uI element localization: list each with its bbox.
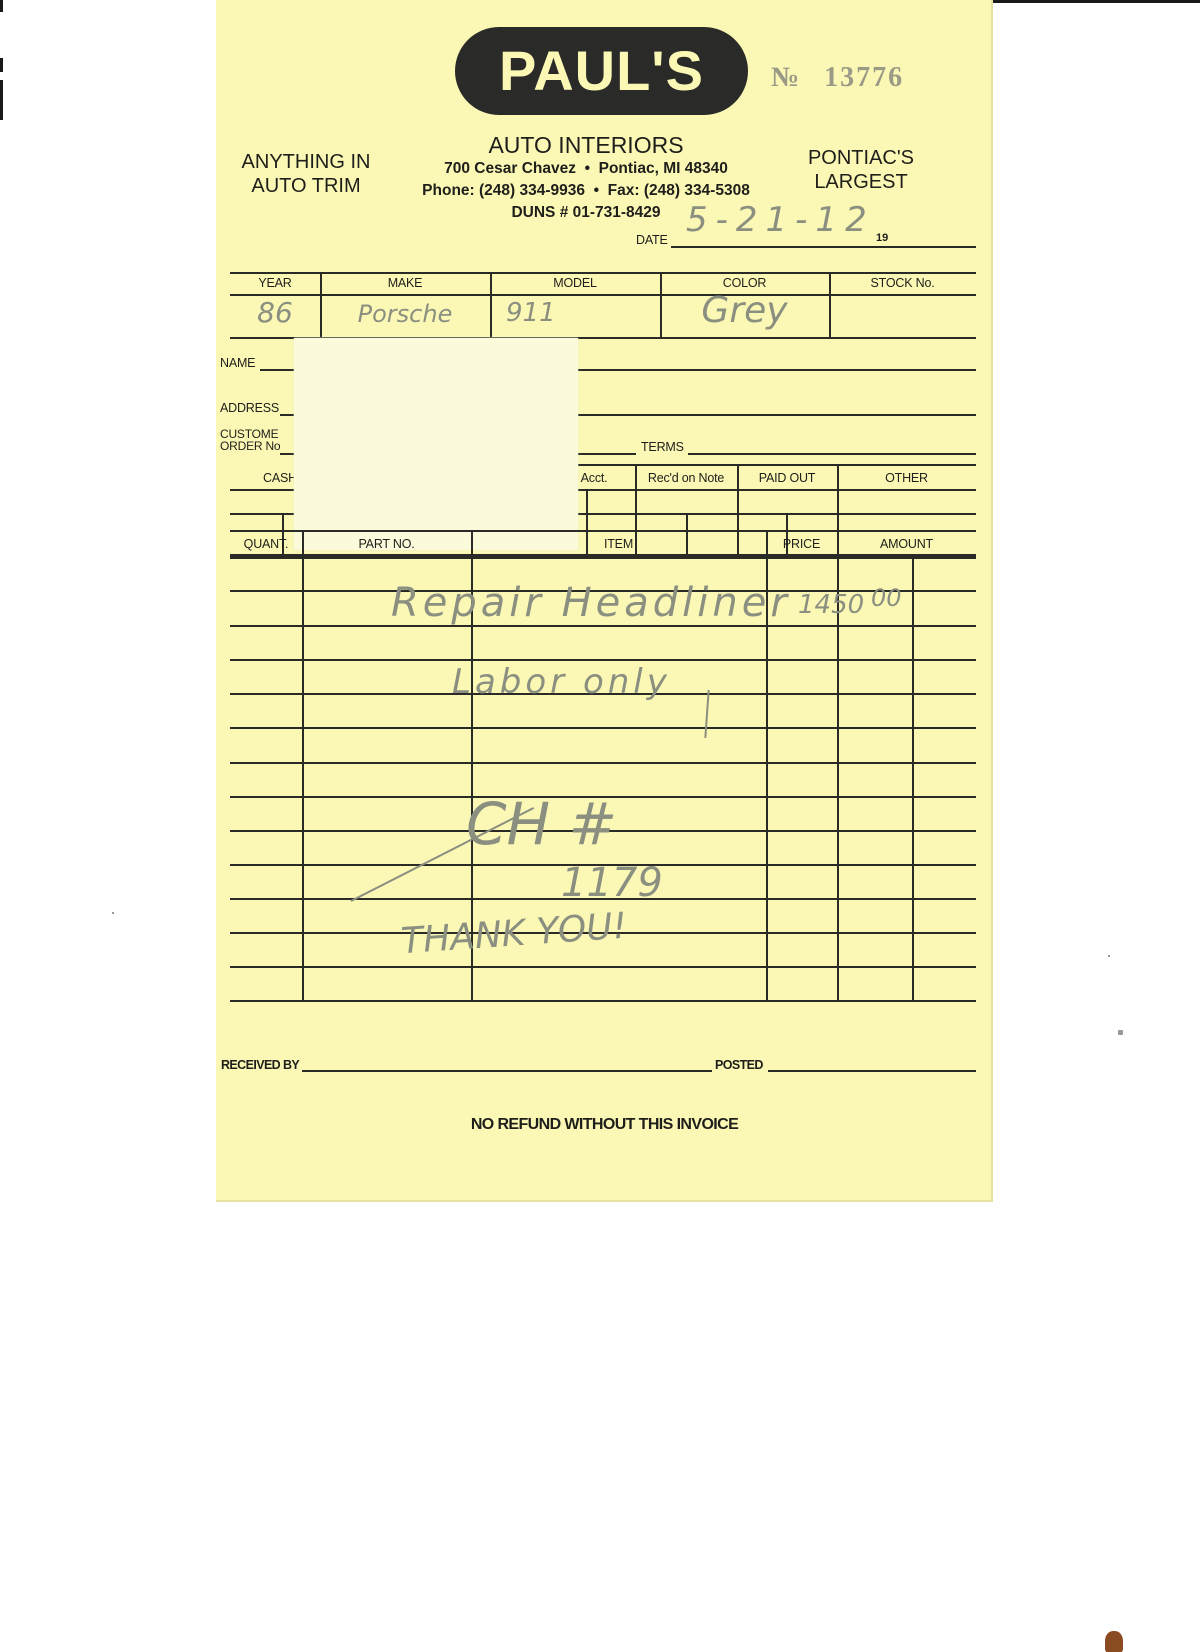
vehicle-year-value[interactable]: 86 <box>230 296 320 329</box>
received-by-label: RECEIVED BY <box>221 1058 299 1072</box>
business-type: AUTO INTERIORS <box>386 132 786 158</box>
items-table-bottom <box>230 1000 976 1002</box>
company-phone-fax: Phone: (248) 334-9936 • Fax: (248) 334-5… <box>386 180 786 202</box>
items-row-line <box>230 727 976 729</box>
redacted-customer-info <box>294 338 578 550</box>
date-year-line <box>892 246 976 248</box>
tagline-right-line2: LARGEST <box>791 170 931 194</box>
items-row-line <box>230 966 976 968</box>
vehicle-make-value[interactable]: Porsche <box>320 300 490 328</box>
vehicle-table-top <box>230 272 976 274</box>
refund-notice: NO REFUND WITHOUT THIS INVOICE <box>216 1116 993 1134</box>
speck <box>1108 955 1110 957</box>
item-row-1-amount-cents[interactable]: 00 <box>871 584 902 612</box>
tagline-left: ANYTHING IN AUTO TRIM <box>236 150 376 198</box>
col-amount: AMOUNT <box>837 537 976 551</box>
scan-edge-mark <box>0 0 3 12</box>
invoice-slip: PAUL'S № 13776 ANYTHING IN AUTO TRIM AUT… <box>216 0 993 1202</box>
date-label: DATE <box>636 233 668 247</box>
speck <box>112 912 114 914</box>
items-row-line <box>230 659 976 661</box>
posted-field[interactable] <box>768 1070 976 1072</box>
invoice-number: № 13776 <box>771 62 904 94</box>
check-number[interactable]: 1179 <box>561 860 663 906</box>
col-part-no: PART NO. <box>302 537 471 551</box>
vehicle-stock-value[interactable] <box>829 296 976 336</box>
col-price: PRICE <box>766 537 837 551</box>
vehicle-model-value[interactable]: 911 <box>506 298 656 328</box>
item-row-1-description[interactable]: Repair Headliner <box>391 580 791 626</box>
pencil-arrow <box>704 690 709 738</box>
serial-number: 13776 <box>824 62 904 93</box>
date-line <box>671 246 925 248</box>
customer-order-label: CUSTOME ORDER No <box>220 428 280 452</box>
tagline-left-line2: AUTO TRIM <box>236 174 376 198</box>
col-model: MODEL <box>490 276 660 290</box>
terms-field[interactable] <box>688 453 976 455</box>
tagline-left-line1: ANYTHING IN <box>236 150 376 174</box>
item-row-1-amount-dollars[interactable]: 1450 <box>798 590 864 620</box>
tagline-right: PONTIAC'S LARGEST <box>791 146 931 194</box>
scan-edge-bar <box>993 0 1200 3</box>
vehicle-color-value[interactable]: Grey <box>660 290 829 331</box>
thank-you-note: THANK YOU! <box>400 902 643 967</box>
items-row-line <box>230 557 976 559</box>
century-prefix: 19 <box>876 232 888 244</box>
date-value[interactable]: 5-21-12 <box>686 200 875 240</box>
company-logo: PAUL'S <box>455 27 748 115</box>
company-address: 700 Cesar Chavez • Pontiac, MI 48340 <box>386 158 786 180</box>
items-header-top <box>230 530 976 532</box>
col-year: YEAR <box>230 276 320 290</box>
payment-col-paid-out: PAID OUT <box>737 471 837 485</box>
col-make: MAKE <box>320 276 490 290</box>
payment-col-recd-on-note: Rec'd on Note <box>635 471 737 485</box>
items-divider-cents <box>912 557 914 1001</box>
received-by-field[interactable] <box>302 1070 712 1072</box>
number-sign: № <box>771 62 801 93</box>
address-label: ADDRESS <box>220 401 279 415</box>
speck <box>1118 1030 1123 1035</box>
name-label: NAME <box>220 356 255 370</box>
check-label: CH # <box>466 790 617 858</box>
col-color: COLOR <box>660 276 829 290</box>
items-row-line <box>230 762 976 764</box>
order-label-line2: ORDER No <box>220 440 280 452</box>
col-quant: QUANT. <box>230 537 302 551</box>
scan-edge-mark <box>0 80 3 120</box>
posted-label: POSTED <box>715 1058 763 1072</box>
items-divider-quant <box>302 530 304 1001</box>
payment-col-other: OTHER <box>837 471 976 485</box>
col-stock-no: STOCK No. <box>829 276 976 290</box>
item-row-2-description[interactable]: Labor only <box>452 662 671 702</box>
terms-label: TERMS <box>641 440 684 454</box>
col-item: ITEM <box>471 537 766 551</box>
payment-top-border <box>547 464 976 466</box>
tagline-right-line1: PONTIAC'S <box>791 146 931 170</box>
stain-spot <box>1105 1631 1123 1652</box>
scan-edge-mark <box>0 58 3 72</box>
